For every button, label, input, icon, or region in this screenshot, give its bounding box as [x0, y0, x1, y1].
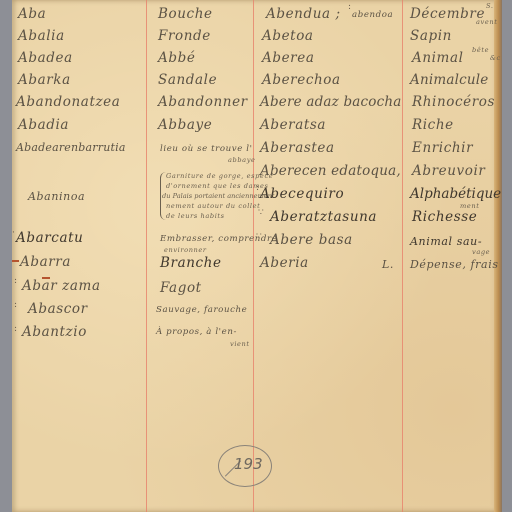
col2-entry: Sauvage, farouche — [156, 305, 247, 315]
col1-entry: Abar zama — [22, 278, 101, 294]
dot-mark: ∵ — [256, 232, 262, 242]
col3-mark: L. — [382, 258, 394, 271]
col4-entry: Richesse — [412, 209, 477, 225]
col1-entry: Abadearenbarrutia — [16, 141, 126, 154]
col3-entry: Aberatsa — [260, 117, 326, 133]
col4-entry: Dépense, frais — [410, 258, 499, 271]
col1-entry: Aba — [18, 6, 46, 22]
col2-entry: Abbé — [158, 50, 195, 66]
col4-entry: Alphabétique — [410, 186, 501, 202]
margin-rule-2 — [253, 0, 254, 512]
col4-tail: &c — [490, 54, 501, 62]
col4-entry: Sapin — [410, 28, 452, 44]
col1-entry: Abarka — [18, 72, 71, 88]
col3-entry: Abendua ; — [266, 6, 341, 22]
dot-mark: · — [12, 228, 15, 238]
col4-superscript: S. — [486, 2, 494, 10]
col1-entry: Abantzio — [22, 324, 87, 340]
col1-entry: Abaninoa — [28, 190, 85, 203]
col2-entry: Fagot — [160, 280, 202, 296]
col4-entry: Rhinocéros — [412, 94, 495, 110]
col4-entry: Animalcule — [410, 72, 489, 88]
col2-definition-line: Garniture de gorge, espèce — [166, 172, 273, 180]
col4-entry: Enrichir — [412, 140, 473, 156]
col3-entry: Aberia — [260, 255, 309, 271]
manuscript-page: Aba Abalia Abadea Abarka Abandonatzea Ab… — [12, 0, 502, 512]
col2-subnote: vient — [230, 340, 250, 348]
col3-entry: Abere basa — [270, 232, 353, 248]
col1-entry: Abascor — [28, 301, 88, 317]
margin-rule-3 — [402, 0, 403, 512]
col1-entry: Abalia — [18, 28, 65, 44]
col1-entry: Abarcatu — [16, 230, 83, 246]
col4-superscript: bête — [472, 46, 489, 54]
dot-mark: : — [14, 276, 17, 286]
col4-entry: Animal sau- — [410, 235, 482, 248]
col3-entry: Abetoa — [262, 28, 314, 44]
col3-variant: abendoa — [352, 10, 393, 20]
col1-entry: Abarra — [20, 254, 71, 270]
col2-entry: Sandale — [158, 72, 217, 88]
col1-entry: Abadia — [18, 117, 69, 133]
col4-subnote: avent — [476, 18, 497, 26]
col2-entry: Fronde — [158, 28, 211, 44]
col2-definition-line: nement autour du collet — [166, 202, 260, 210]
dot-mark: : — [256, 183, 259, 193]
col2-definition-line: de leurs habits — [166, 212, 225, 220]
col3-entry: Aberatztasuna — [270, 209, 377, 225]
page-edge — [494, 0, 502, 512]
col3-entry: Aberecen edatoqua, — [260, 163, 401, 179]
col1-entry: Abandonatzea — [16, 94, 120, 110]
col2-subnote: abbaye — [228, 156, 256, 164]
col4-subnote: vage — [472, 248, 490, 256]
col2-entry: Abbaye — [158, 117, 212, 133]
col4-entry: Riche — [412, 117, 454, 133]
col3-entry: Abecequiro — [260, 186, 344, 202]
col2-entry: Abandonner — [158, 94, 248, 110]
col3-entry: Abere adaz bacocha — [260, 94, 402, 110]
col3-entry: Aberastea — [260, 140, 335, 156]
col2-definition-line: du Palais portaient anciennement — [162, 192, 275, 200]
col4-entry: Abreuvoir — [412, 163, 485, 179]
page-number: 193 — [234, 455, 263, 473]
col2-entry: À propos, à l'en- — [156, 327, 237, 337]
col3-entry: Aberechoa — [262, 72, 341, 88]
dot-mark: : — [14, 300, 17, 310]
col4-entry: Décembre — [410, 6, 485, 22]
col1-entry: Abadea — [18, 50, 73, 66]
red-dash-mark — [12, 260, 19, 262]
dot-mark: : — [14, 324, 17, 334]
col4-entry: Animal — [412, 50, 464, 66]
col2-subnote: environner — [164, 246, 207, 254]
col2-entry: Bouche — [158, 6, 213, 22]
col2-definition-line: d'ornement que les dames — [166, 182, 269, 190]
col2-entry: lieu où se trouve l' — [160, 144, 253, 154]
dot-mark: : — [348, 2, 351, 12]
col2-entry: Branche — [160, 255, 222, 271]
margin-rule-1 — [146, 0, 147, 512]
dot-mark: ∵ — [258, 208, 264, 218]
col3-entry: Aberea — [262, 50, 314, 66]
